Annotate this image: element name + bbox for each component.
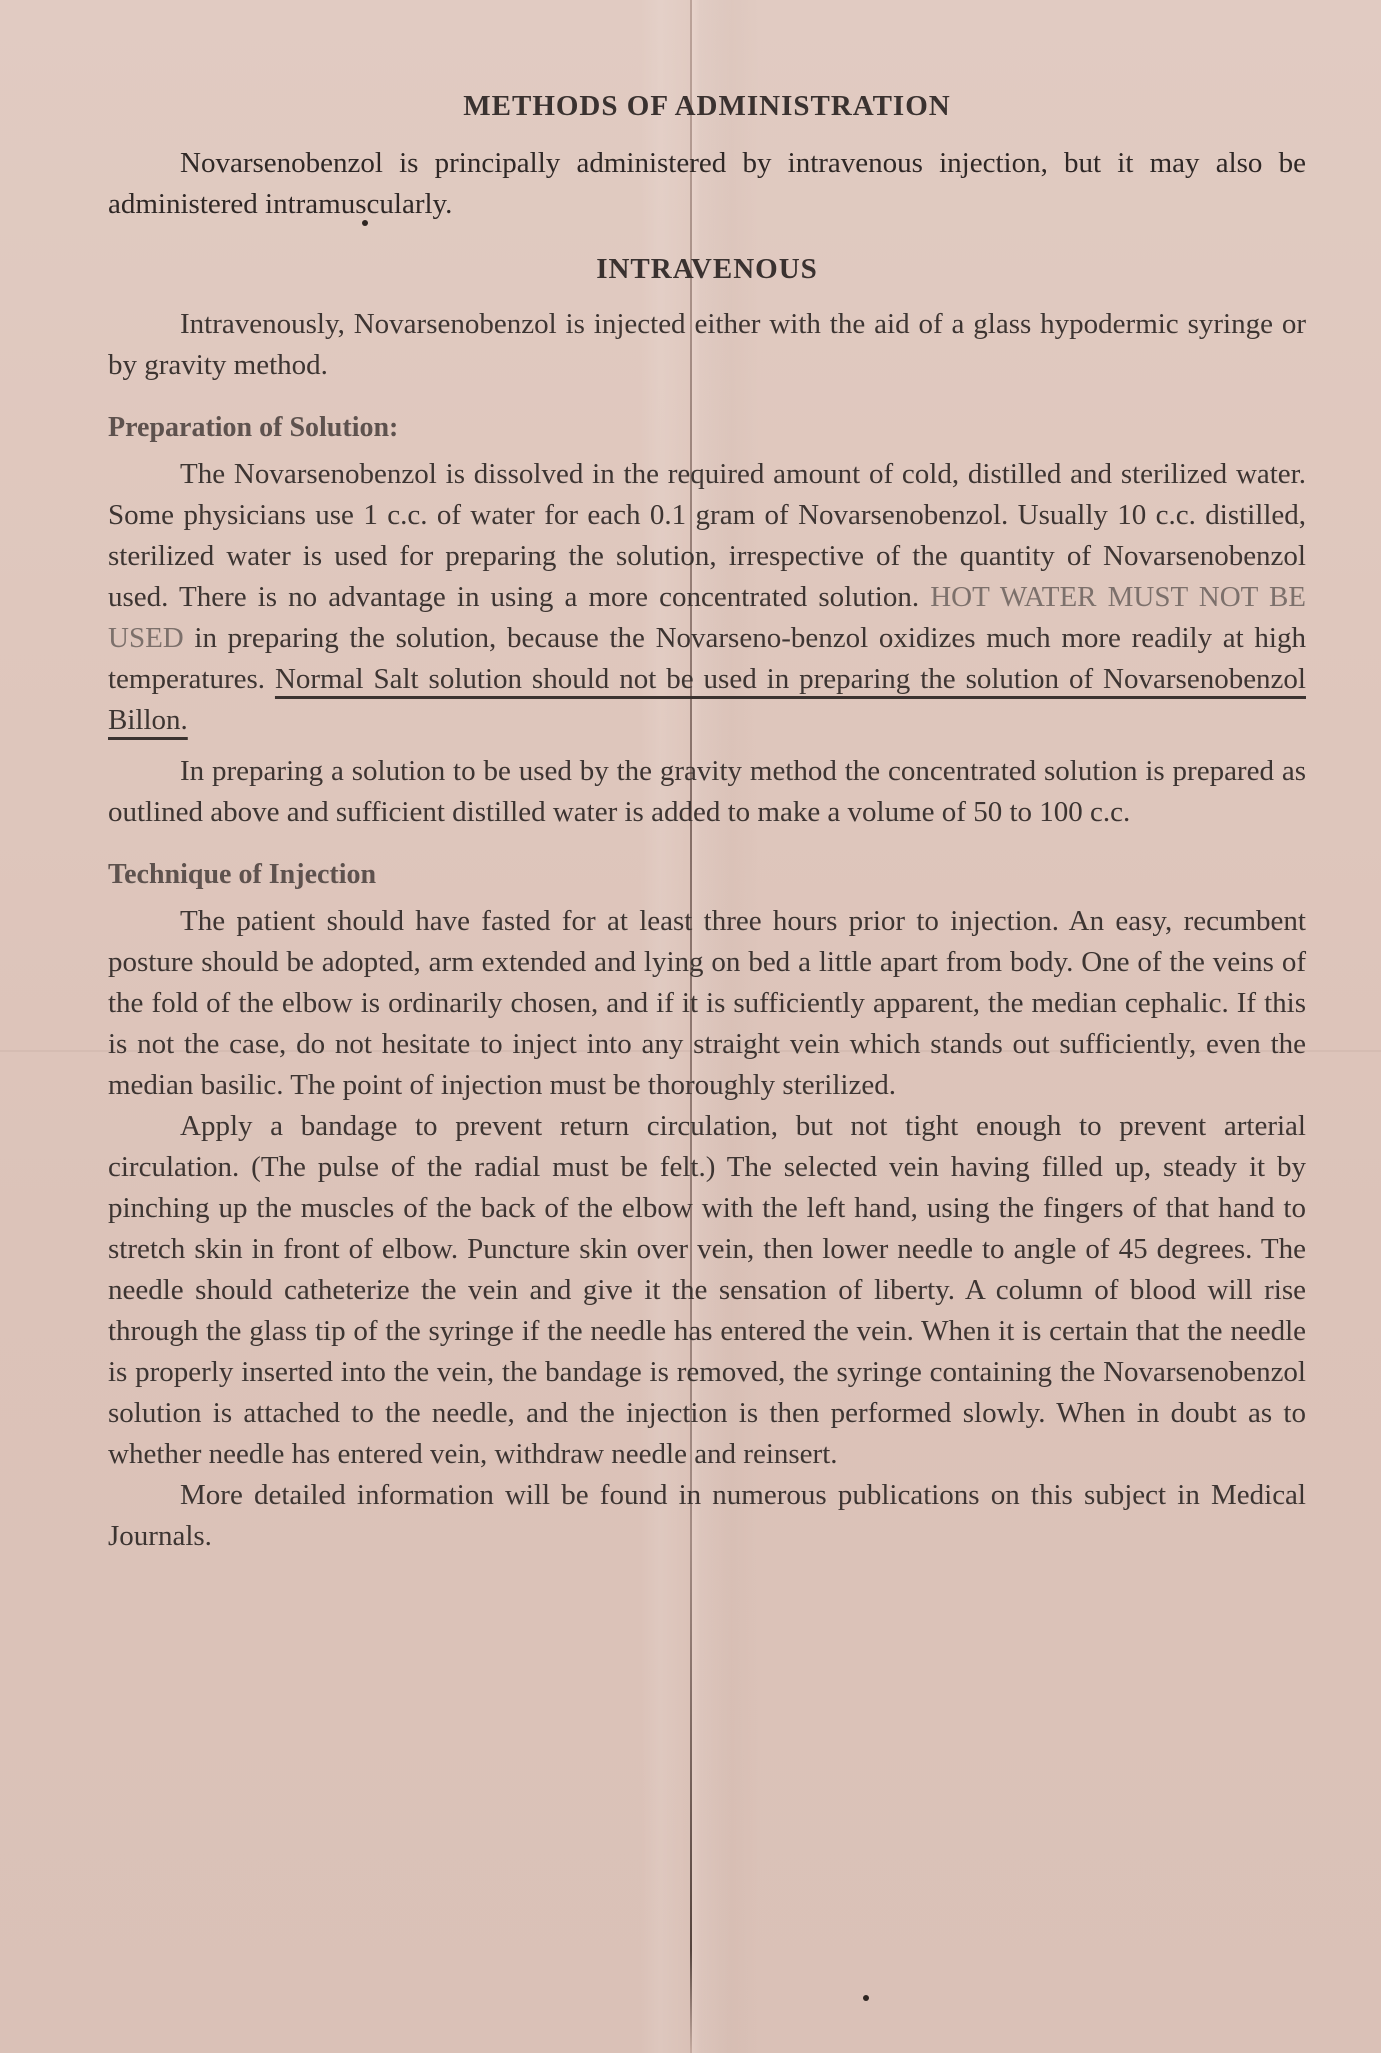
intravenous-intro-paragraph: Intravenously, Novarsenobenzol is inject… [108,304,1306,386]
intro-paragraph: Novarsenobenzol is principally administe… [108,143,1306,225]
document-title: METHODS OF ADMINISTRATION [108,90,1306,123]
section-title-intravenous: INTRAVENOUS [108,253,1306,286]
technique-paragraph-2: Apply a bandage to prevent return circul… [108,1106,1306,1475]
ink-speck [863,1995,869,2001]
heading-technique-of-injection: Technique of Injection [108,859,1306,891]
normal-salt-warning-underlined: Normal Salt solution should not be used … [108,663,1306,736]
technique-paragraph-1: The patient should have fasted for at le… [108,901,1306,1106]
heading-preparation-of-solution: Preparation of Solution: [108,412,1306,444]
preparation-paragraph-1: The Novarsenobenzol is dissolved in the … [108,454,1306,741]
preparation-paragraph-2: In preparing a solution to be used by th… [108,751,1306,833]
technique-paragraph-3: More detailed information will be found … [108,1475,1306,1557]
document-content: METHODS OF ADMINISTRATION Novarsenobenzo… [108,90,1306,1557]
